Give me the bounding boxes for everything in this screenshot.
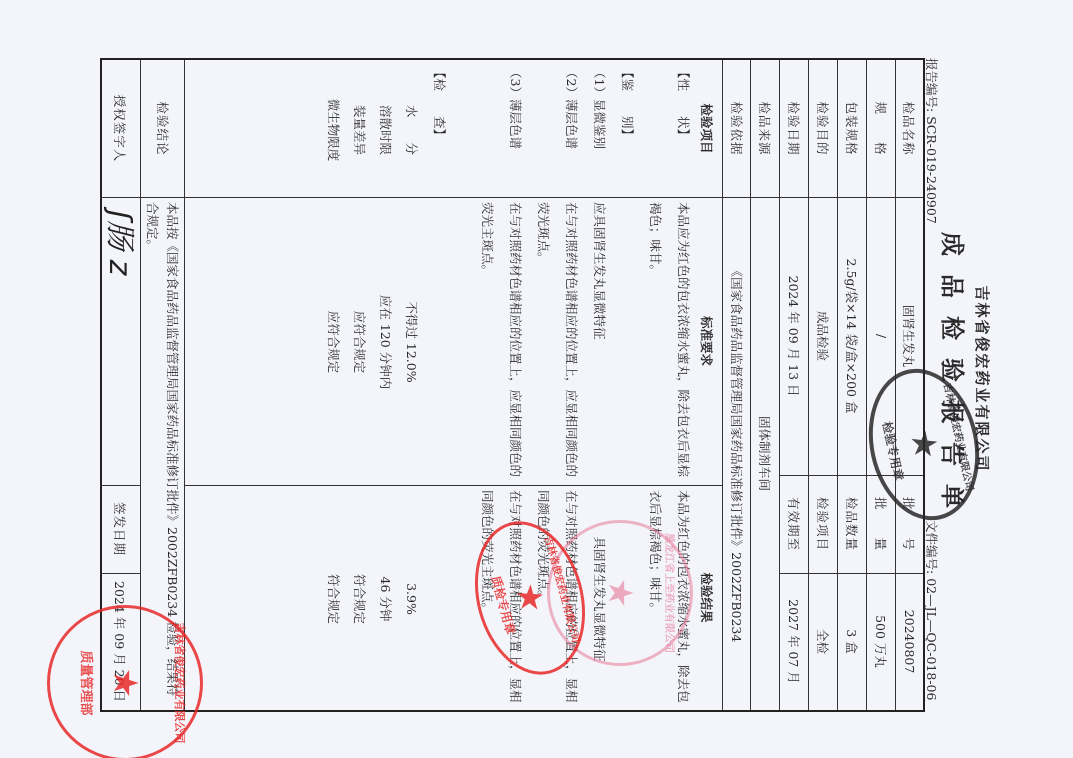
col-standard-header: 标准要求	[695, 197, 719, 485]
test-item-appearance: 【性 状】	[669, 66, 697, 194]
test-result-disintegration: 46 分钟	[371, 490, 399, 708]
inspection-report-page: 吉林省俊宏药业有限公司 成品检验报告单 报告编号: SCR-019-240907…	[0, 0, 1073, 758]
test-result-microscopic: 具固肾生发丸显微特征	[585, 490, 613, 708]
test-item-microbial: 微生物限度	[319, 66, 347, 194]
conclusion-label: 检验结论	[141, 60, 185, 197]
test-standard-moisture: 不得过 12.0%	[397, 202, 425, 482]
test-standard-tlc-1: 在与对照药材色谱相应的位置上，应显相同颜色的荧光斑点。	[529, 202, 585, 482]
batch-no-label: 批 号	[896, 475, 923, 573]
test-item-disintegration: 溶散时限	[371, 66, 399, 194]
col-item-header: 检验项目	[695, 60, 719, 197]
test-result-tlc-1: 在与对照药材色谱相应的位置上，显相同颜色的荧光斑点。	[529, 490, 585, 708]
basis-value: 《国家食品药品监督管理局国家药品标准修订批件》2002ZFB0234	[723, 197, 751, 710]
sample-qty-label: 检品数量	[838, 475, 867, 573]
date-label: 检验日期	[780, 60, 809, 197]
test-result-moisture: 3.9%	[397, 490, 425, 708]
test-standard-microscopic: 应具固肾生发丸显微特征	[585, 202, 613, 482]
items-label: 检验项目	[809, 475, 838, 573]
batch-no-value: 20240807	[896, 573, 923, 710]
test-item-microscopic: （1）显微鉴别	[585, 66, 613, 194]
conclusion-text: 本品按《国家食品药品监督管理局国家药品标准修订批件》2002ZFB0234 检验…	[142, 202, 185, 707]
report-table: 检品名称 固肾生发丸 批 号 20240807 规 格 / 批 量 500 万丸…	[100, 58, 925, 712]
signature: ʃ⁠肠 z	[101, 210, 145, 275]
col-result-header: 检验结果	[695, 485, 719, 710]
document-number: 文件编号: 02—JL—QC-018-06	[923, 520, 941, 700]
batch-size-value: 500 万丸	[867, 573, 896, 710]
test-result-appearance: 本品为红色的包衣浓缩水蜜丸，除去包衣后显棕褐色；味甘。	[641, 490, 697, 708]
items-value: 全检	[809, 573, 838, 710]
document-number-value: 02—JL—QC-018-06	[924, 578, 939, 700]
test-standard-disintegration: 应在 120 分钟内	[371, 202, 399, 482]
test-standard-appearance: 本品应为红色的包衣浓缩水蜜丸，除去包衣后显棕褐色；味甘。	[641, 202, 697, 482]
batch-size-label: 批 量	[867, 475, 896, 573]
test-result-fill-variation: 符合规定	[345, 490, 373, 708]
test-result-microbial: 符合规定	[319, 490, 347, 708]
expiry-value: 2027 年 07 月	[780, 573, 809, 710]
purpose-value: 成品检验	[809, 197, 838, 475]
purpose-label: 检验目的	[809, 60, 838, 197]
issue-date-value: 2024 年 09 月 20 日	[100, 573, 141, 710]
report-number: 报告编号: SCR-019-240907	[923, 58, 941, 224]
test-item-fill-variation: 装量差异	[345, 66, 373, 194]
source-label: 检品来源	[751, 60, 780, 197]
document-number-label: 文件编号:	[924, 520, 939, 574]
date-value: 2024 年 09 月 13 日	[780, 197, 809, 475]
product-name-label: 检品名称	[896, 60, 923, 197]
source-value: 固体制剂车间	[751, 197, 780, 710]
basis-label: 检验依据	[723, 60, 751, 197]
test-item-checks: 【检 查】	[425, 66, 453, 194]
test-item-moisture: 水 分	[397, 66, 425, 194]
test-item-tlc-1: （2）薄层色谱	[557, 66, 585, 194]
spec-value: /	[867, 197, 896, 475]
expiry-label: 有效期至	[780, 475, 809, 573]
issue-date-label: 签发日期	[100, 485, 141, 573]
spec-label: 规 格	[867, 60, 896, 197]
test-standard-fill-variation: 应符合规定	[345, 202, 373, 482]
report-title: 成品检验报告单	[937, 0, 972, 758]
test-standard-tlc-2: 在与对照药材色谱相应的位置上，应显相同颜色的荧光主斑点。	[473, 202, 529, 482]
product-name-value: 固肾生发丸	[896, 197, 923, 475]
report-number-label: 报告编号:	[924, 58, 939, 112]
test-item-tlc-2: （3）薄层色谱	[501, 66, 529, 194]
signer-label: 授权签字人	[100, 60, 141, 197]
package-value: 2.5g/袋×14 袋/盒×200 盒	[838, 197, 867, 475]
test-result-tlc-2: 在与对照药材色谱相应的位置上，显相同颜色的荧光主斑点。	[473, 490, 529, 708]
sample-qty-value: 3 盒	[838, 573, 867, 710]
test-item-identification: 【鉴 别】	[613, 66, 641, 194]
report-number-value: SCR-019-240907	[924, 116, 939, 224]
company-name: 吉林省俊宏药业有限公司	[972, 0, 993, 758]
package-label: 包装规格	[838, 60, 867, 197]
test-standard-microbial: 应符合规定	[319, 202, 347, 482]
